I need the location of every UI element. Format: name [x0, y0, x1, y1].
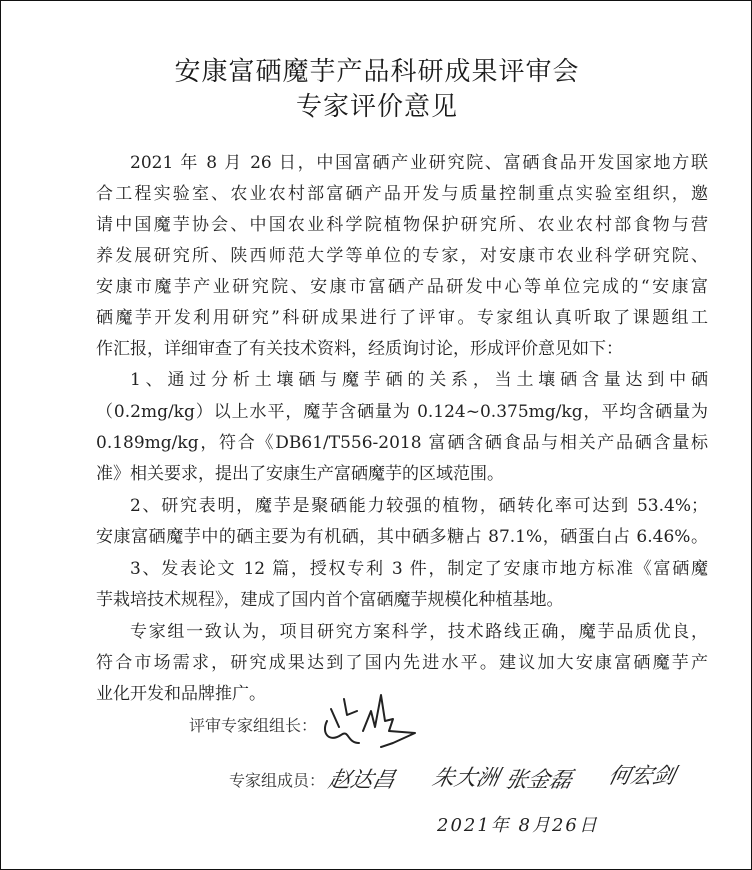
- conclusion-line: 符合市场需求，研究成果达到了国内先进水平。建议加大安康富硒魔芋产: [96, 651, 708, 675]
- document-page: 安康富硒魔芋产品科研成果评审会 专家评价意见 2021 年 8 月 26 日，中…: [0, 0, 752, 870]
- finding-1-line: 0.189mg/kg，符合《DB61/T556-2018 富硒含硒食品与相关产品…: [96, 431, 708, 455]
- paragraph-intro-line: 合工程实验室、农业农村部富硒产品开发与质量控制重点实验室组织，邀: [96, 182, 708, 206]
- paragraph-intro-line: 养发展研究所、陕西师范大学等单位的专家，对安康市农业科学研究院、: [96, 244, 708, 268]
- document-subtitle: 专家评价意见: [1, 86, 752, 123]
- finding-1-line: 1、通过分析土壤硒与魔芋硒的关系，当土壤硒含量达到中硒: [130, 368, 708, 392]
- finding-2-line: 安康富硒魔芋中的硒主要为有机硒，其中硒多糖占 87.1%，硒蛋白占 6.46%。: [96, 525, 708, 549]
- finding-1-line: 准》相关要求，提出了安康生产富硒魔芋的区域范围。: [96, 462, 708, 486]
- member-signature-2: 朱大洲: [430, 761, 503, 792]
- members-label: 专家组成员：: [229, 768, 325, 791]
- finding-3-line: 芋栽培技术规程》，建成了国内首个富硒魔芋规模化种植基地。: [96, 588, 708, 612]
- finding-3-line: 3、发表论文 12 篇，授权专利 3 件，制定了安康市地方标准《富硒魔: [130, 557, 708, 581]
- signature-date: 2021年 8月26日: [437, 811, 599, 837]
- member-signature-4: 何宏剑: [606, 759, 679, 790]
- member-signature-3: 张金磊: [503, 763, 576, 794]
- leader-label: 评审专家组组长：: [189, 713, 317, 736]
- paragraph-intro-line: 2021 年 8 月 26 日，中国富硒产业研究院、富硒食品开发国家地方联: [130, 151, 708, 175]
- document-title: 安康富硒魔芋产品科研成果评审会: [1, 51, 752, 88]
- paragraph-intro-line: 安康市魔芋产业研究院、安康市富硒产品研发中心等单位完成的“安康富: [96, 275, 708, 299]
- member-signature-1: 赵达昌: [326, 763, 399, 794]
- leader-signature: [319, 691, 429, 753]
- paragraph-intro-line: 硒魔芋开发利用研究”科研成果进行了评审。专家组认真听取了课题组工: [96, 306, 708, 330]
- finding-1-line: （0.2mg/kg）以上水平，魔芋含硒量为 0.124~0.375mg/kg，平…: [96, 400, 708, 424]
- finding-2-line: 2、研究表明，魔芋是聚硒能力较强的植物，硒转化率可达到 53.4%；: [130, 494, 708, 518]
- conclusion-line: 专家组一致认为，项目研究方案科学，技术路线正确，魔芋品质优良，: [130, 620, 708, 644]
- paragraph-intro-line: 作汇报，详细审查了有关技术资料，经质询讨论，形成评价意见如下：: [96, 337, 708, 361]
- paragraph-intro-line: 请中国魔芋协会、中国农业科学院植物保护研究所、农业农村部食物与营: [96, 213, 708, 237]
